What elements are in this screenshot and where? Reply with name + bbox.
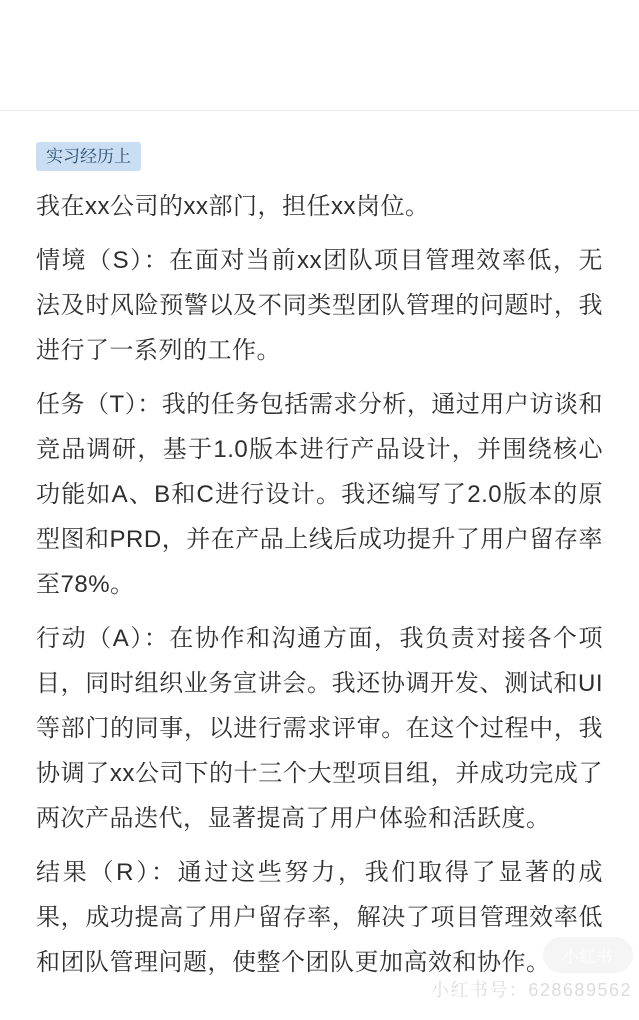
note-tag-badge: 实习经历上 bbox=[36, 142, 141, 171]
note-body: 实习经历上 我在xx公司的xx部门，担任xx岗位。 情境（S）：在面对当前xx团… bbox=[0, 111, 639, 985]
paragraph-intro: 我在xx公司的xx部门，担任xx岗位。 bbox=[36, 184, 603, 229]
paragraph-result: 结果（R）：通过这些努力，我们取得了显著的成果，成功提高了用户留存率，解决了项目… bbox=[36, 850, 603, 985]
top-empty-strip bbox=[0, 0, 639, 111]
paragraph-task: 任务（T）：我的任务包括需求分析，通过用户访谈和竞品调研，基于1.0版本进行产品… bbox=[36, 382, 603, 607]
paragraph-action: 行动（A）：在协作和沟通方面，我负责对接各个项目，同时组织业务宣讲会。我还协调开… bbox=[36, 616, 603, 841]
paragraph-situation: 情境（S）：在面对当前xx团队项目管理效率低，无法及时风险预警以及不同类型团队管… bbox=[36, 238, 603, 373]
xiaohongshu-note-page: { "note": { "tag": "实习经历上", "paragraphs"… bbox=[0, 0, 639, 1020]
